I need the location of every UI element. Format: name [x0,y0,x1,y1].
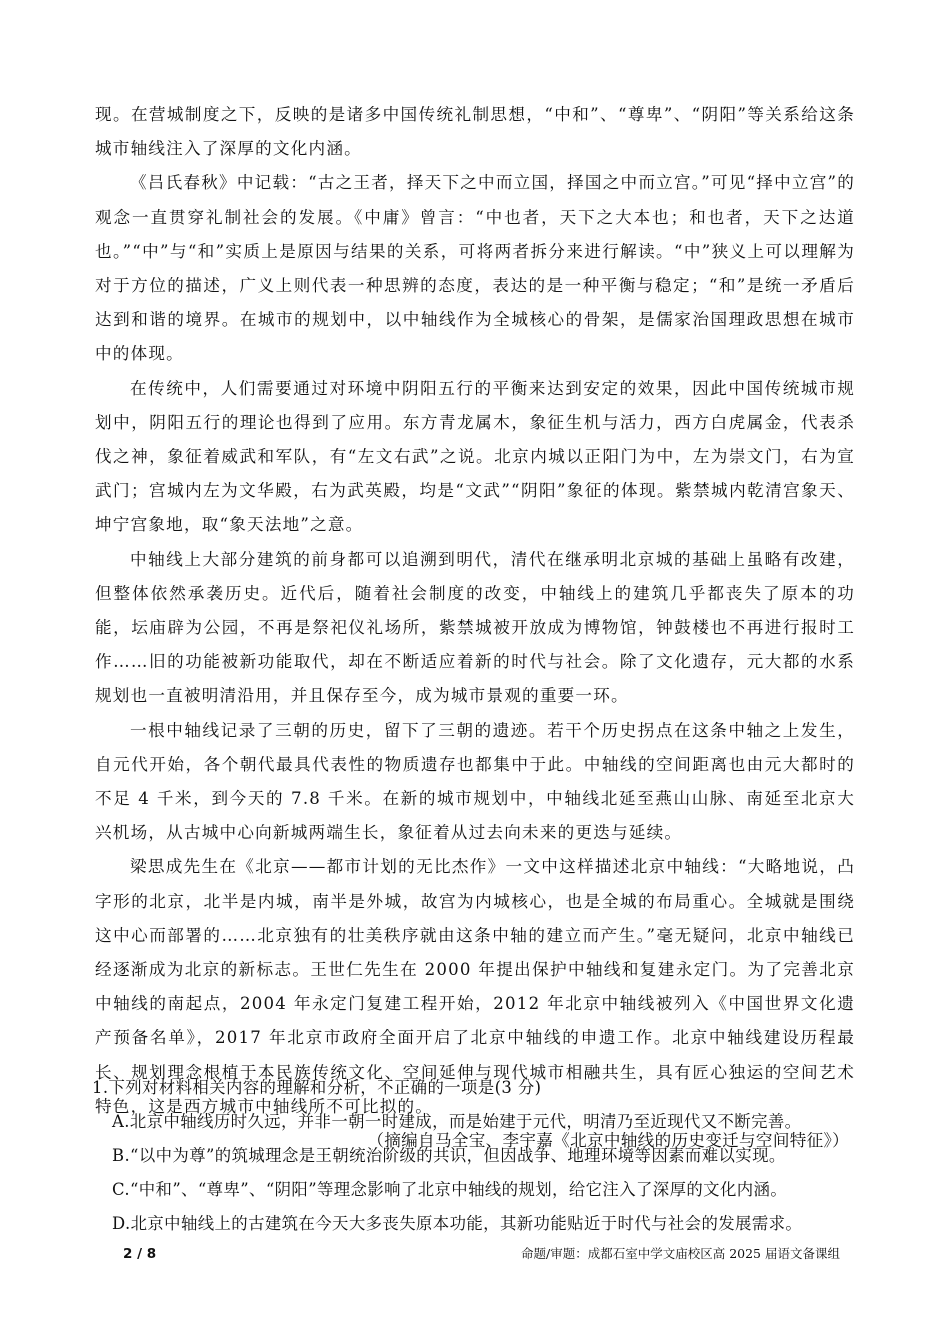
paragraph-continuation: 现。在营城制度之下，反映的是诸多中国传统礼制思想，“中和”、“尊卑”、“阴阳”等… [95,98,855,166]
page-footer: 2 / 8 命题/审题：成都石室中学文庙校区高 2025 届语文备课组 [0,1243,950,1267]
paragraph-ming-qing: 中轴线上大部分建筑的前身都可以追溯到明代，清代在继承明北京城的基础上虽略有改建，… [95,543,855,714]
question-1: 1.下列对材料相关内容的理解和分析，不正确的一项是(3 分) A.北京中轴线历时… [92,1071,862,1241]
paragraph-zhonghe: 《吕氏春秋》中记载：“古之王者，择天下之中而立国，择国之中而立宫。”可见“择中立… [95,166,855,371]
footer-credit: 命题/审题：成都石室中学文庙校区高 2025 届语文备课组 [521,1243,840,1265]
question-stem: 1.下列对材料相关内容的理解和分析，不正确的一项是(3 分) [92,1071,862,1105]
article-body: 现。在营城制度之下，反映的是诸多中国传统礼制思想，“中和”、“尊卑”、“阴阳”等… [95,98,855,1158]
option-d: D.北京中轴线上的古建筑在今天大多丧失原本功能，其新功能贴近于时代与社会的发展需… [92,1207,862,1241]
option-a: A.北京中轴线历时久远，并非一朝一时建成，而是始建于元代，明清乃至近现代又不断完… [92,1105,862,1139]
option-b: B.“以中为尊”的筑城理念是王朝统治阶级的共识，但因战争、地理环境等因素而难以实… [92,1139,862,1173]
paragraph-yinyang: 在传统中，人们需要通过对环境中阴阳五行的平衡来达到安定的效果，因此中国传统城市规… [95,372,855,543]
option-c: C.“中和”、“尊卑”、“阴阳”等理念影响了北京中轴线的规划，给它注入了深厚的文… [92,1173,862,1207]
page-number: 2 / 8 [123,1243,156,1265]
paragraph-three-dynasties: 一根中轴线记录了三朝的历史，留下了三朝的遗迹。若干个历史拐点在这条中轴之上发生，… [95,714,855,851]
